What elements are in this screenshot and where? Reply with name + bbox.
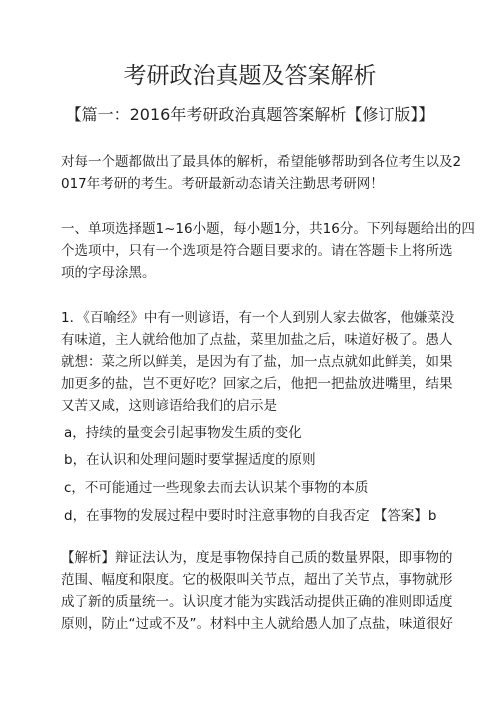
intro-paragraph: 对每一个题都做出了最具体的解析，希望能够帮助到各位考生以及2 017年考研的考生… (61, 151, 441, 195)
analysis-paragraph: 【解析】辩证法认为，度是事物保持自己质的数量界限，即事物的 范围、幅度和限度。它… (61, 547, 441, 635)
section-heading: 一、单项选择题1~16小题，每小题1分，共16分。下列每题给出的四 个选项中，只… (61, 218, 441, 284)
option-a: a，持续的量变会引起事物发生质的变化 (64, 421, 302, 441)
section-heading-line: 个选项中，只有一个选项是符合题目要求的。请在答题卡上将所选 (61, 240, 441, 262)
question-line: 就想：菜之所以鲜美，是因为有了盐，加一点点就如此鲜美，如果 (61, 351, 441, 373)
question-line: 又苦又咸，这则谚语给我们的启示是 (61, 395, 441, 417)
analysis-line: 成了新的质量统一。认识度才能为实践活动提供正确的准则即适度 (61, 591, 441, 613)
section-heading-line: 项的字母涂黑。 (61, 262, 441, 284)
intro-line: 017年考研的考生。考研最新动态请关注勤思考研网！ (61, 173, 441, 195)
option-c: c，不可能通过一些现象去而去认识某个事物的本质 (64, 476, 368, 496)
document-title: 考研政治真题及答案解析 (0, 57, 500, 90)
analysis-line: 范围、幅度和限度。它的极限叫关节点，超出了关节点，事物就形 (61, 569, 441, 591)
analysis-line: 【解析】辩证法认为，度是事物保持自己质的数量界限，即事物的 (61, 547, 441, 569)
question-line: 加更多的盐，岂不更好吃？回家之后，他把一把盐放进嘴里，结果 (61, 373, 441, 395)
question-line: 1．《百喻经》中有一则谚语，有一个人到别人家去做客，他嫌菜没 (61, 307, 441, 329)
option-b: b，在认识和处理问题时要掌握适度的原则 (64, 448, 316, 468)
document-subtitle: 【篇一：2016年考研政治真题答案解析【修订版】】 (0, 102, 500, 125)
analysis-line: 原则，防止“过或不及”。材料中主人就给愚人加了点盐，味道很好 (61, 613, 441, 635)
intro-line: 对每一个题都做出了最具体的解析，希望能够帮助到各位考生以及2 (61, 151, 441, 173)
question-line: 有味道，主人就给他加了点盐，菜里加盐之后，味道好极了。愚人 (61, 329, 441, 351)
section-heading-line: 一、单项选择题1~16小题，每小题1分，共16分。下列每题给出的四 (61, 218, 441, 240)
option-d-with-answer: d，在事物的发展过程中要时时注意事物的自我否定 【答案】b (64, 504, 436, 524)
question-1-stem: 1．《百喻经》中有一则谚语，有一个人到别人家去做客，他嫌菜没 有味道，主人就给他… (61, 307, 441, 417)
